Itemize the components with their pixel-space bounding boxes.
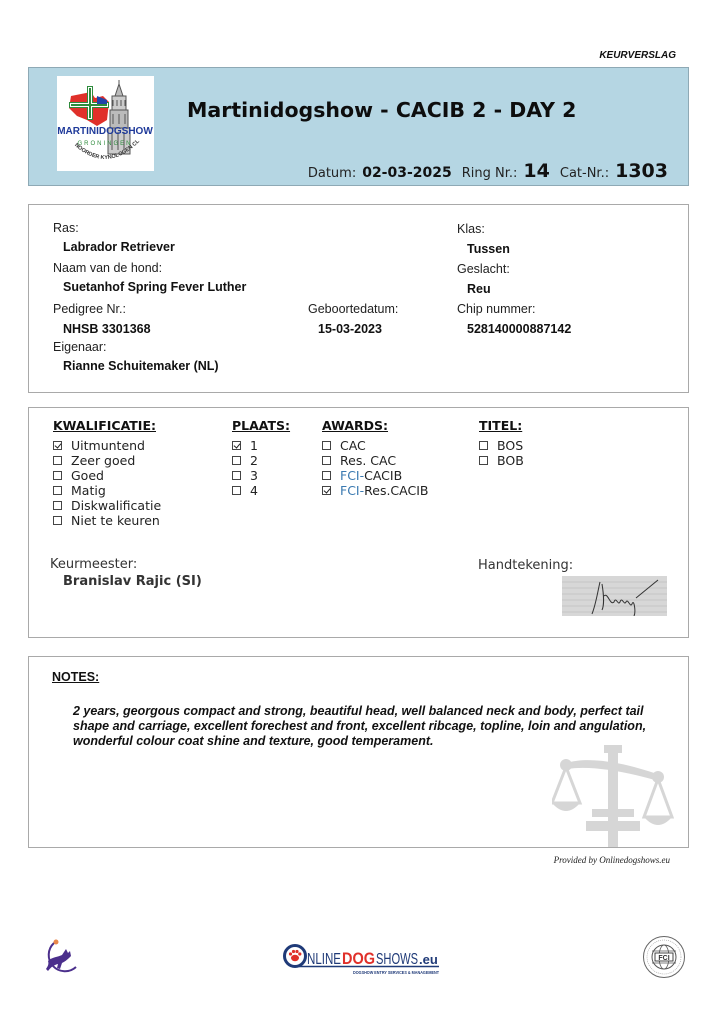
checkbox-icon[interactable] bbox=[53, 471, 62, 480]
qualification-option-text: Diskwalificatie bbox=[71, 498, 161, 513]
placement-heading: PLAATS: bbox=[232, 418, 290, 433]
provided-by-text: Provided by Onlinedogshows.eu bbox=[554, 855, 670, 865]
show-header: MARTINIDOGSHOW GRONINGEN NOORDER KYNOLOG… bbox=[28, 67, 689, 186]
date-label: Datum: bbox=[308, 166, 356, 181]
svg-text:SHOWS: SHOWS bbox=[376, 951, 418, 968]
birthdate-label: Geboortedatum: bbox=[308, 302, 398, 316]
title-option-text: BOS bbox=[497, 438, 523, 453]
qualification-option-text: Zeer goed bbox=[71, 453, 135, 468]
qualification-option[interactable]: Diskwalificatie bbox=[53, 498, 161, 513]
ring-label: Ring Nr.: bbox=[462, 166, 518, 181]
svg-text:DOG: DOG bbox=[342, 949, 375, 968]
awards-heading: AWARDS: bbox=[322, 418, 428, 433]
chip-label: Chip nummer: bbox=[457, 302, 536, 316]
breed-value: Labrador Retriever bbox=[63, 240, 175, 254]
checkbox-icon[interactable] bbox=[232, 486, 241, 495]
award-option-text: Res.CACIB bbox=[364, 483, 428, 498]
checkbox-icon[interactable] bbox=[479, 441, 488, 450]
show-title: Martinidogshow - CACIB 2 - DAY 2 bbox=[187, 98, 576, 122]
sex-label: Geslacht: bbox=[457, 262, 510, 276]
svg-text:.eu: .eu bbox=[419, 952, 438, 967]
checkbox-icon[interactable] bbox=[322, 441, 331, 450]
title-option-text: BOB bbox=[497, 453, 524, 468]
catalog-label: Cat-Nr.: bbox=[560, 166, 609, 181]
qualification-option-label: Diskwalificatie bbox=[71, 498, 161, 513]
placement-option[interactable]: 3 bbox=[232, 468, 290, 483]
qualification-option-text: Uitmuntend bbox=[71, 438, 145, 453]
title-group: TITEL: BOSBOB bbox=[479, 418, 524, 468]
document-type-label: KEURVERSLAG bbox=[599, 50, 676, 61]
signature-image bbox=[562, 576, 667, 616]
judge-name: Branislav Rajic (SI) bbox=[63, 574, 202, 589]
qualification-option-text: Matig bbox=[71, 483, 106, 498]
class-value: Tussen bbox=[467, 242, 510, 256]
award-option-text: Res. CAC bbox=[340, 453, 396, 468]
awards-group: AWARDS: CACRes. CACFCI-CACIBFCI-Res.CACI… bbox=[322, 418, 428, 498]
checkbox-icon[interactable] bbox=[53, 516, 62, 525]
checkbox-icon[interactable] bbox=[232, 471, 241, 480]
award-option-label: CAC bbox=[340, 438, 366, 453]
qualification-option[interactable]: Zeer goed bbox=[53, 453, 161, 468]
svg-text:GRONINGEN: GRONINGEN bbox=[77, 141, 132, 147]
title-option-label: BOB bbox=[497, 453, 524, 468]
fci-prefix: FCI- bbox=[340, 468, 364, 483]
owner-value: Rianne Schuitemaker (NL) bbox=[63, 359, 219, 373]
notes-panel: NOTES: 2 years, georgous compact and str… bbox=[28, 656, 689, 848]
qualification-option-label: Niet te keuren bbox=[71, 513, 160, 528]
fci-globe-logo-icon: FCI bbox=[642, 935, 686, 979]
svg-text:FCI: FCI bbox=[658, 955, 669, 962]
qualification-option[interactable]: Matig bbox=[53, 483, 161, 498]
dog-name-value: Suetanhof Spring Fever Luther bbox=[63, 280, 246, 294]
checkbox-icon[interactable] bbox=[53, 486, 62, 495]
fci-logo: FCI bbox=[642, 935, 686, 983]
qualification-heading: KWALIFICATIE: bbox=[53, 418, 161, 433]
checkbox-icon[interactable] bbox=[53, 501, 62, 510]
ring-value: 14 bbox=[523, 160, 549, 182]
qualification-option[interactable]: Goed bbox=[53, 468, 161, 483]
placement-option-label: 4 bbox=[250, 483, 258, 498]
onlinedogshows-logo: NLINE DOG SHOWS .eu DOGSHOW ENTRY SERVIC… bbox=[283, 943, 443, 983]
checkbox-icon[interactable] bbox=[53, 456, 62, 465]
placement-option-label: 2 bbox=[250, 453, 258, 468]
checkbox-icon[interactable] bbox=[479, 456, 488, 465]
title-option[interactable]: BOS bbox=[479, 438, 524, 453]
placement-option[interactable]: 2 bbox=[232, 453, 290, 468]
award-option-text: CAC bbox=[340, 438, 366, 453]
award-option[interactable]: CAC bbox=[322, 438, 428, 453]
date-value: 02-03-2025 bbox=[362, 165, 452, 181]
dog-name-label: Naam van de hond: bbox=[53, 261, 162, 275]
title-heading: TITEL: bbox=[479, 418, 524, 433]
dog-jumping-logo-icon bbox=[40, 937, 80, 977]
placement-option-label: 3 bbox=[250, 468, 258, 483]
notes-heading: NOTES: bbox=[52, 670, 99, 684]
breed-label: Ras: bbox=[53, 221, 79, 235]
fci-prefix: FCI- bbox=[340, 483, 364, 498]
owner-label: Eigenaar: bbox=[53, 340, 107, 354]
award-option[interactable]: Res. CAC bbox=[322, 453, 428, 468]
placement-option-text: 2 bbox=[250, 453, 258, 468]
checked-checkbox-icon[interactable] bbox=[232, 441, 241, 450]
martinidogshow-logo: MARTINIDOGSHOW GRONINGEN NOORDER KYNOLOG… bbox=[57, 76, 154, 171]
placement-option-text: 4 bbox=[250, 483, 258, 498]
checkbox-icon[interactable] bbox=[322, 456, 331, 465]
sex-value: Reu bbox=[467, 282, 491, 296]
notes-text: 2 years, georgous compact and strong, be… bbox=[73, 704, 673, 749]
qualification-option-label: Zeer goed bbox=[71, 453, 135, 468]
placement-option-text: 3 bbox=[250, 468, 258, 483]
qualification-option-label: Matig bbox=[71, 483, 106, 498]
chip-value: 528140000887142 bbox=[467, 322, 571, 336]
placement-option-text: 1 bbox=[250, 438, 258, 453]
checked-checkbox-icon[interactable] bbox=[53, 441, 62, 450]
checkbox-icon[interactable] bbox=[232, 456, 241, 465]
title-option-label: BOS bbox=[497, 438, 523, 453]
judge-label: Keurmeester: bbox=[50, 557, 137, 572]
class-label: Klas: bbox=[457, 222, 485, 236]
award-option-label: FCI-Res.CACIB bbox=[340, 483, 428, 498]
svg-text:MARTINIDOGSHOW: MARTINIDOGSHOW bbox=[57, 126, 153, 137]
signature-icon bbox=[562, 576, 667, 616]
qualification-option-label: Goed bbox=[71, 468, 104, 483]
placement-option[interactable]: 1 bbox=[232, 438, 290, 453]
martinidogshow-logo-icon: MARTINIDOGSHOW GRONINGEN NOORDER KYNOLOG… bbox=[57, 76, 154, 171]
placement-option[interactable]: 4 bbox=[232, 483, 290, 498]
show-meta: Datum: 02-03-2025 Ring Nr.: 14 Cat-Nr.: … bbox=[308, 160, 668, 182]
pedigree-value: NHSB 3301368 bbox=[63, 322, 151, 336]
qualification-option-text: Goed bbox=[71, 468, 104, 483]
checked-checkbox-icon[interactable] bbox=[322, 486, 331, 495]
kennel-club-logo bbox=[40, 937, 80, 981]
qualification-option[interactable]: Uitmuntend bbox=[53, 438, 161, 453]
award-option-label: Res. CAC bbox=[340, 453, 396, 468]
title-option[interactable]: BOB bbox=[479, 453, 524, 468]
award-option[interactable]: FCI-Res.CACIB bbox=[322, 483, 428, 498]
svg-text:DOGSHOW ENTRY SERVICES & MANAG: DOGSHOW ENTRY SERVICES & MANAGEMENT bbox=[353, 970, 439, 975]
birthdate-value: 15-03-2023 bbox=[318, 322, 382, 336]
placement-option-label: 1 bbox=[250, 438, 258, 453]
award-option-text: CACIB bbox=[364, 468, 402, 483]
pedigree-label: Pedigree Nr.: bbox=[53, 302, 126, 316]
placement-group: PLAATS: 1234 bbox=[232, 418, 290, 498]
qualification-option-text: Niet te keuren bbox=[71, 513, 160, 528]
signature-label: Handtekening: bbox=[478, 558, 573, 573]
qualification-option[interactable]: Niet te keuren bbox=[53, 513, 161, 528]
qualification-option-label: Uitmuntend bbox=[71, 438, 145, 453]
catalog-value: 1303 bbox=[615, 160, 668, 182]
qualification-group: KWALIFICATIE: UitmuntendZeer goedGoedMat… bbox=[53, 418, 161, 528]
award-option[interactable]: FCI-CACIB bbox=[322, 468, 428, 483]
evaluation-panel: KWALIFICATIE: UitmuntendZeer goedGoedMat… bbox=[28, 407, 689, 638]
dog-info-panel: Ras: Labrador Retriever Naam van de hond… bbox=[28, 204, 689, 393]
award-option-label: FCI-CACIB bbox=[340, 468, 402, 483]
checkbox-icon[interactable] bbox=[322, 471, 331, 480]
onlinedogshows-logo-icon: NLINE DOG SHOWS .eu DOGSHOW ENTRY SERVIC… bbox=[283, 943, 443, 979]
svg-text:NLINE: NLINE bbox=[307, 951, 341, 968]
scales-of-justice-icon bbox=[552, 745, 674, 847]
